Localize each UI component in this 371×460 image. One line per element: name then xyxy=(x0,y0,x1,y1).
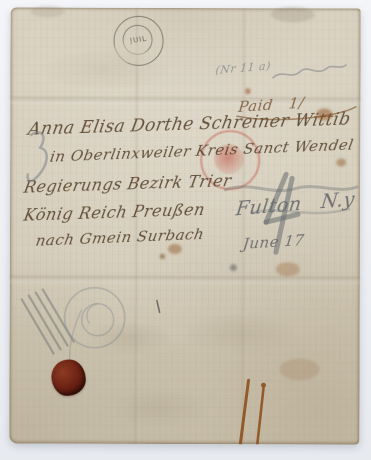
pencil-squiggle xyxy=(272,64,346,78)
stain xyxy=(336,158,346,166)
address-line: nach Gmein Surbach xyxy=(34,225,205,250)
smudge xyxy=(271,6,315,22)
pencil-circle-postmark xyxy=(65,288,125,360)
crayon-rate-mark-3 xyxy=(28,132,47,181)
stain xyxy=(230,264,237,271)
destination-note: Fulton N.y xyxy=(235,188,356,220)
smudge xyxy=(280,358,320,380)
address-line: König Reich Preußen xyxy=(22,200,206,225)
smudge xyxy=(31,6,65,18)
dispatch-postmark: JUIL xyxy=(114,16,164,66)
address-line: Regierungs Bezirk Trier xyxy=(22,171,233,197)
pencil-collector-note: (Nr 11 a) xyxy=(215,59,272,77)
stain xyxy=(276,262,300,276)
fold-crease-top xyxy=(10,96,360,104)
stain xyxy=(160,254,165,259)
fold-crease-middle xyxy=(10,275,360,283)
address-line: Anna Elisa Dorthe Schreiner Wittib xyxy=(26,109,352,139)
letter-paper: JUIL (Nr 11 a) Paid 1/ Anna Elisa Dorthe… xyxy=(9,7,360,444)
fold-crease-vertical-left xyxy=(133,8,139,444)
stain xyxy=(245,88,250,94)
diagonal-hatch-strokes xyxy=(22,289,74,353)
stain xyxy=(168,244,182,254)
letter-photograph: JUIL (Nr 11 a) Paid 1/ Anna Elisa Dorthe… xyxy=(0,0,371,460)
rate-mark-11 xyxy=(240,380,266,444)
ink-tick xyxy=(157,300,160,313)
date-note: June 17 xyxy=(242,231,305,253)
wax-seal xyxy=(50,358,87,397)
